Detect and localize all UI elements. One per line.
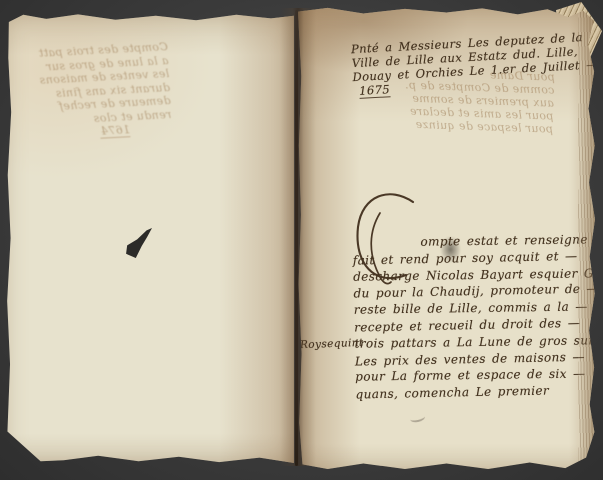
book-gutter-seam	[295, 10, 298, 466]
account-opening-text: ompte estat et renseigne Que fait et ren…	[352, 230, 597, 403]
body-text-line: trois pattars a La Lune de gros sur	[354, 332, 596, 352]
body-text-line: descharge Nicolas Bayart esquier Gl.	[353, 265, 595, 285]
margin-annotation: Roysequint	[300, 337, 364, 351]
underlined-year: 1675	[359, 82, 391, 99]
pencil-mark	[409, 413, 425, 424]
manuscript-scan: Compte des trois patt a la lune de gros …	[0, 0, 603, 480]
right-page: pour Dame comme de Comptes de p. aux pre…	[298, 7, 595, 469]
left-page: Compte des trois patt a la lune de gros …	[6, 13, 294, 463]
bleedthrough-text-left: Compte des trois patt a la lune de gros …	[16, 40, 173, 142]
body-text-line: ompte estat et renseigne Que	[352, 231, 594, 251]
paper-hole	[125, 228, 152, 258]
